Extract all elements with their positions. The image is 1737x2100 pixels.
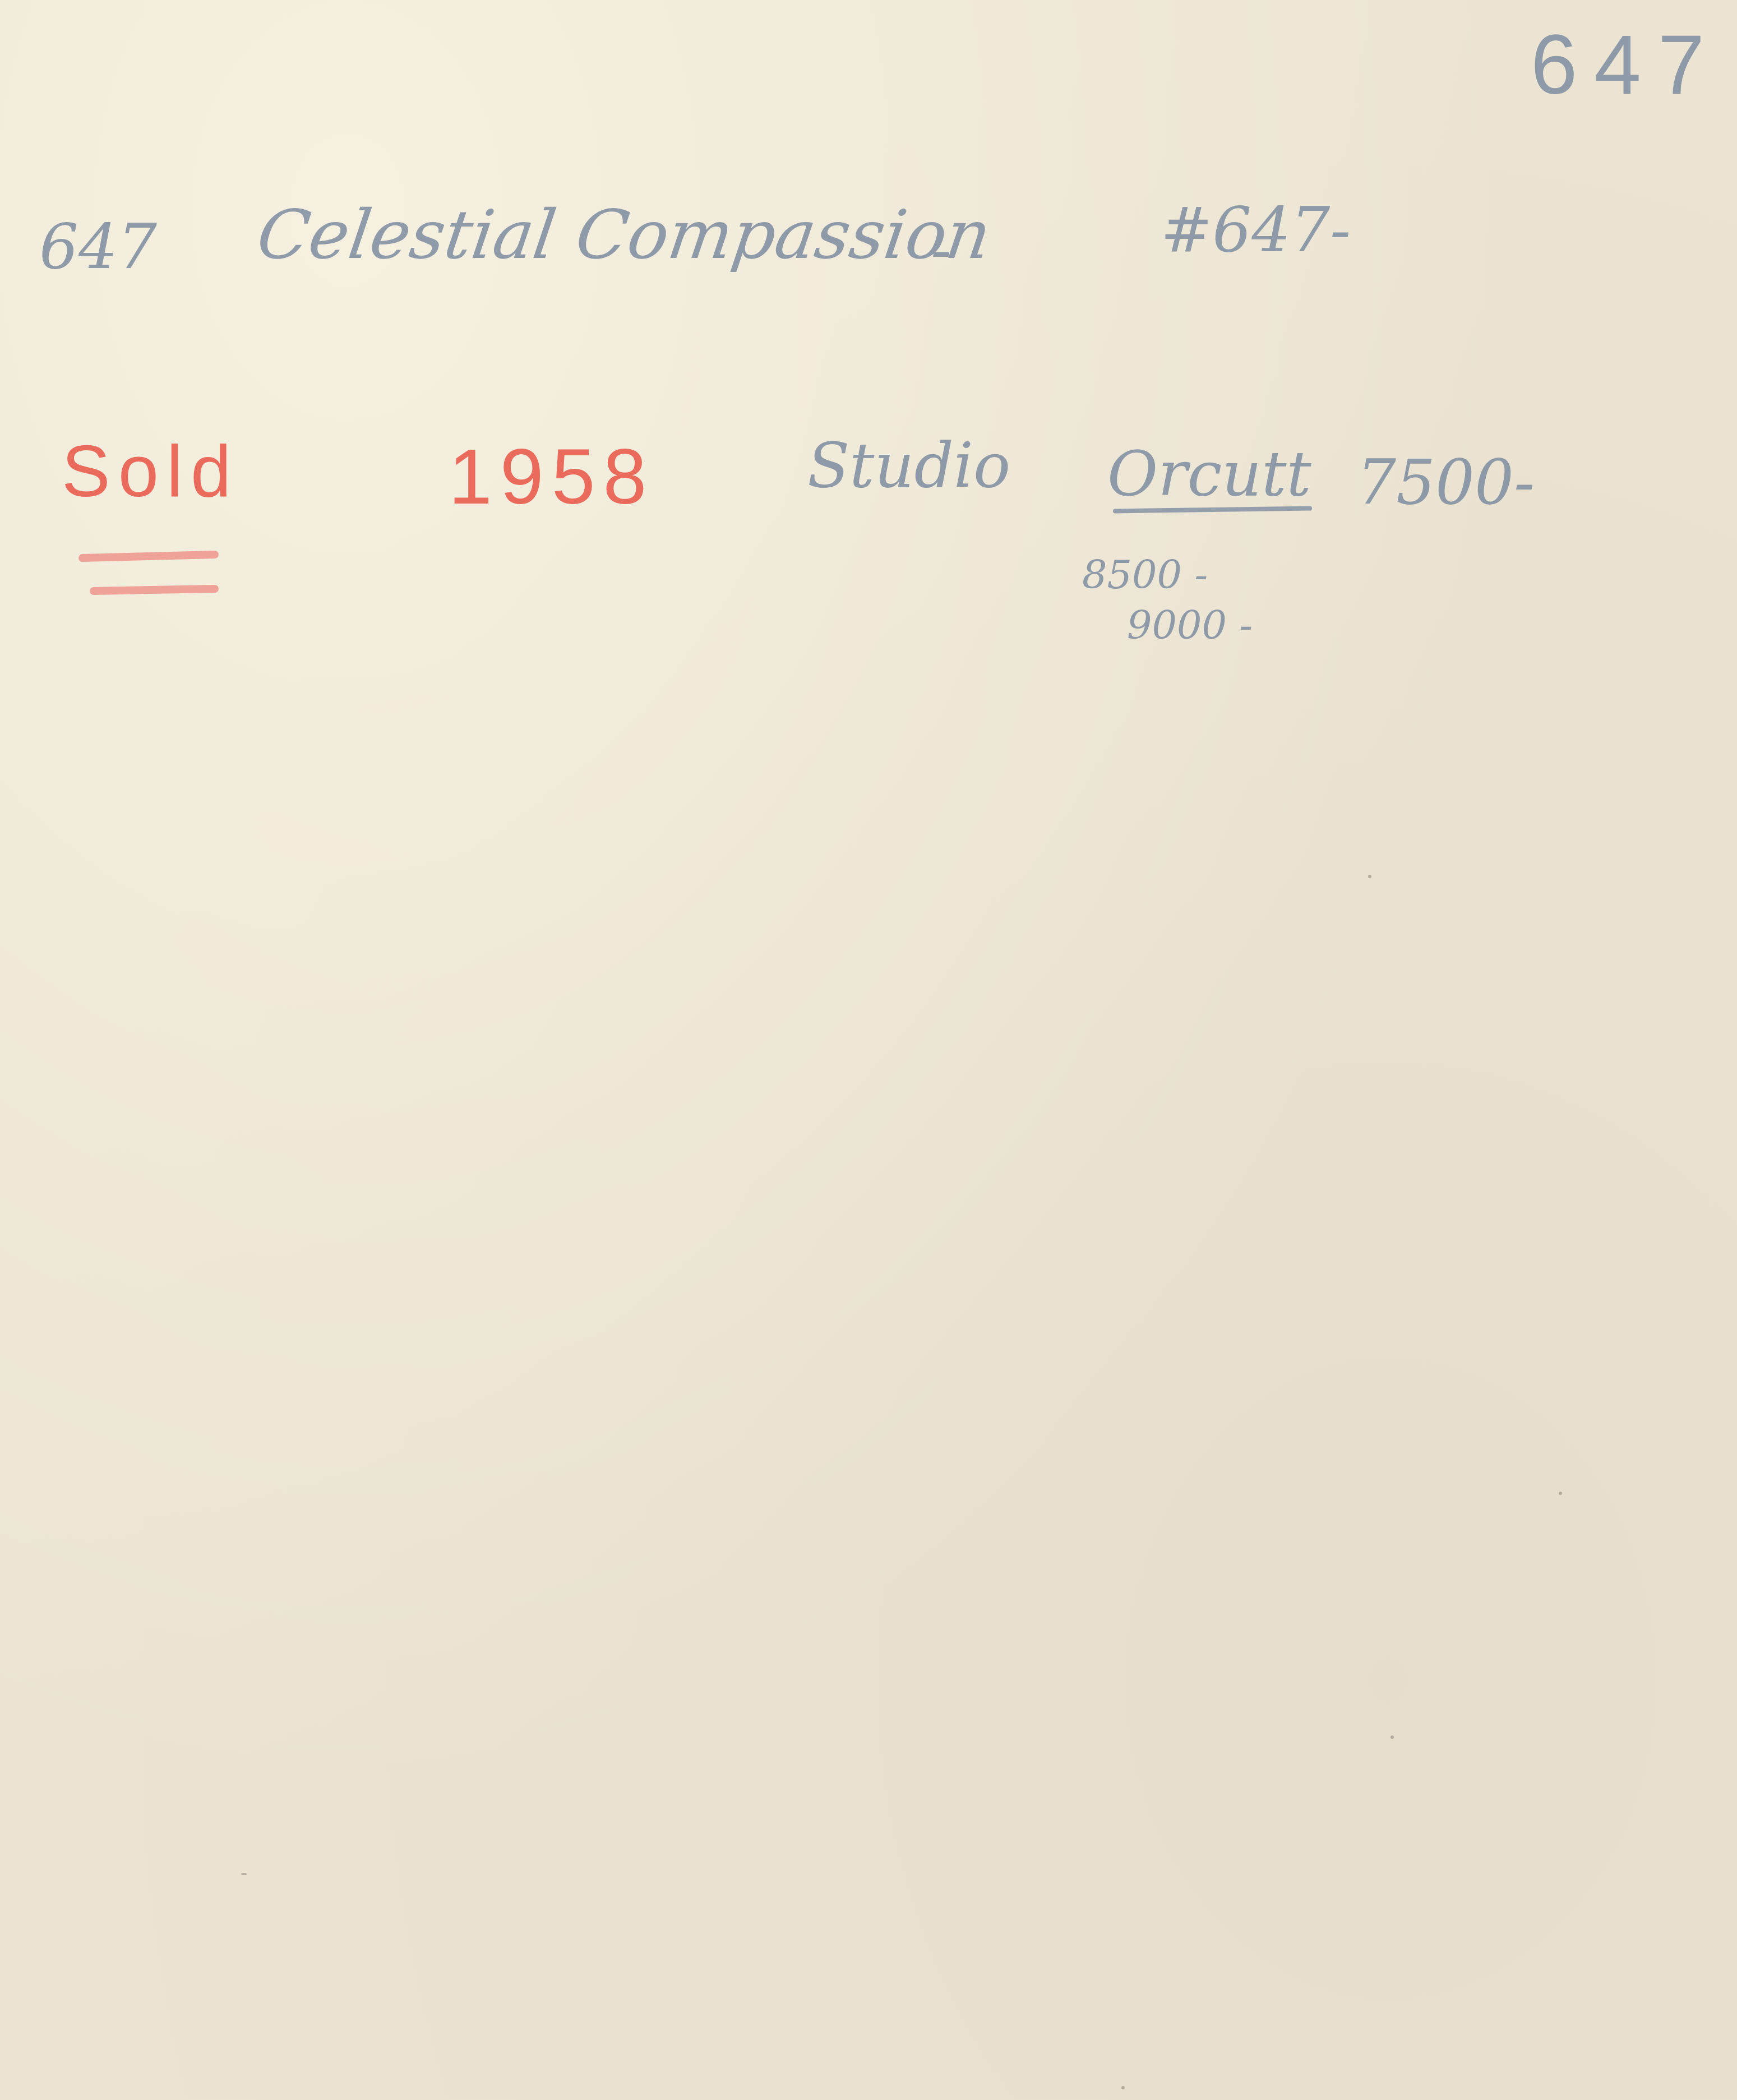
catalog-card: 647 647 Celestial Compassion - #647- Sol… (0, 0, 1737, 2100)
paper-speck (1368, 875, 1371, 878)
corner-catalog-number: 647 (1531, 22, 1721, 107)
buyer-name: Orcutt (1107, 443, 1311, 505)
title-dash: - (931, 219, 951, 280)
reference-number: #647- (1161, 199, 1351, 261)
sale-price: 7500- (1357, 451, 1535, 513)
price-note-2: 9000 - (1127, 606, 1253, 645)
sale-venue: Studio (807, 435, 1010, 496)
paper-speck (1390, 1736, 1394, 1739)
sold-underline-2 (90, 585, 219, 595)
paper-speck (241, 1873, 247, 1875)
price-note-1: 8500 - (1082, 555, 1208, 594)
sale-year: 1958 (449, 437, 654, 516)
sold-status: Sold (62, 435, 239, 507)
catalog-number: 647 (39, 216, 157, 278)
artwork-title: Celestial Compassion (253, 202, 995, 269)
paper-speck (1121, 2086, 1125, 2089)
sold-underline-1 (78, 551, 219, 562)
paper-speck (1559, 1492, 1562, 1495)
